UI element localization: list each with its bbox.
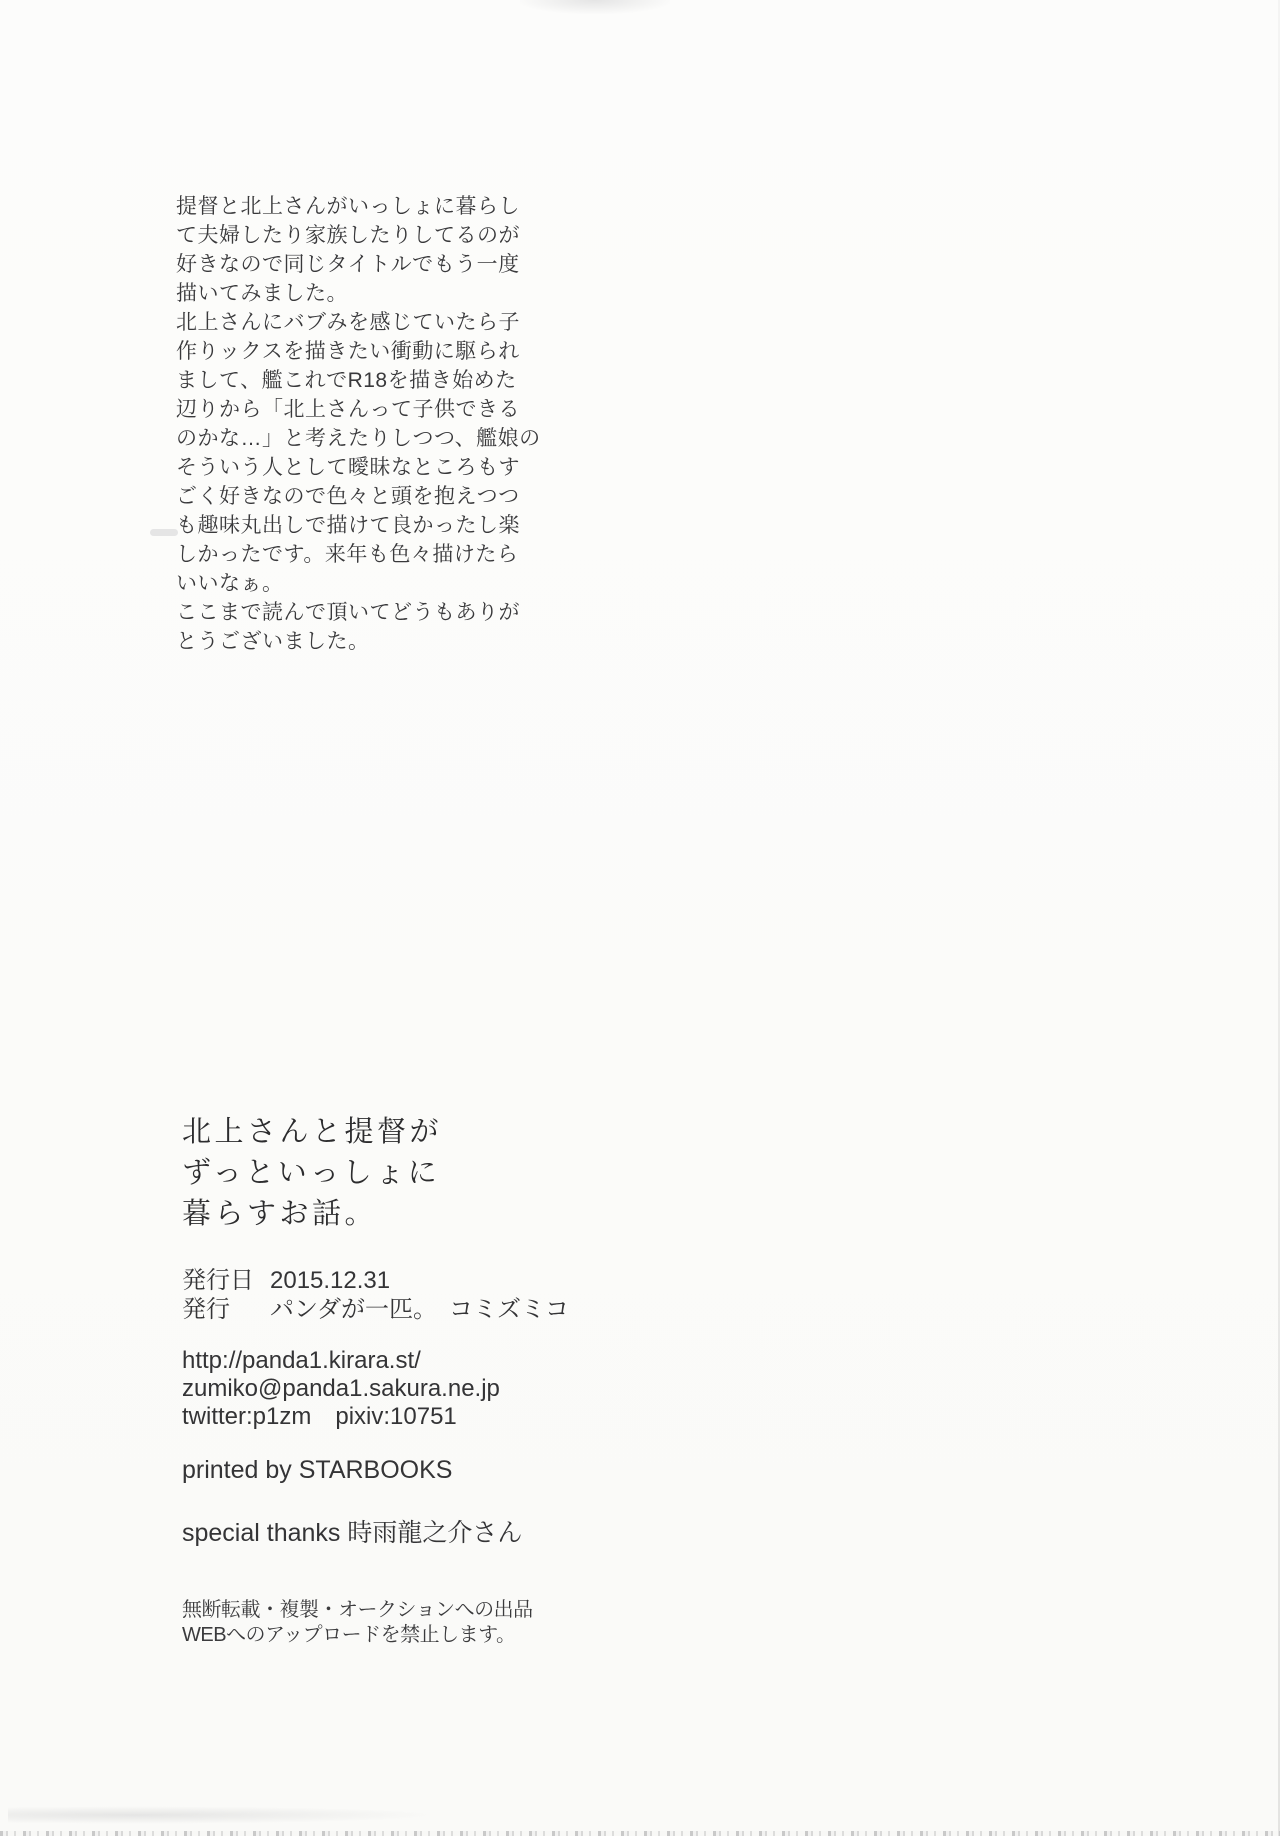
doujin-title: 北上さんと提督が ずっといっしょに 暮らすお話。 [182,1112,442,1235]
social-handles: twitter:p1zm pixiv:10751 [182,1403,500,1431]
publish-date-value: 2015.12.31 [270,1266,569,1295]
scanned-page: 提督と北上さんがいっしょに暮らし て夫婦したり家族したりしてるのが 好きなので同… [0,0,1280,1836]
website-url: http://panda1.kirara.st/ [182,1347,500,1375]
special-thanks: special thanks 時雨龍之介さん [182,1513,522,1549]
reproduction-notice: 無断転載・複製・オークションへの出品 WEBへのアップロードを禁止します。 [182,1598,533,1648]
scan-smudge-bottom [8,1806,438,1824]
publisher-value: パンダが一匹。 コミズミコ [270,1295,569,1324]
publication-info: 発行日 2015.12.31 発行 パンダが一匹。 コミズミコ [182,1266,569,1324]
printed-by: printed by STARBOOKS [182,1456,452,1485]
scan-noise-bottom-edge [0,1831,1280,1836]
email-address: zumiko@panda1.sakura.ne.jp [182,1375,500,1403]
scan-smudge-left [150,529,178,536]
publisher-label: 発行 [182,1295,270,1324]
publish-date-row: 発行日 2015.12.31 [182,1266,569,1295]
contact-info: http://panda1.kirara.st/ zumiko@panda1.s… [182,1347,500,1431]
afterword-text: 提督と北上さんがいっしょに暮らし て夫婦したり家族したりしてるのが 好きなので同… [176,192,548,656]
publisher-row: 発行 パンダが一匹。 コミズミコ [182,1295,569,1324]
publish-date-label: 発行日 [182,1266,270,1295]
scan-smudge-top [520,0,670,14]
